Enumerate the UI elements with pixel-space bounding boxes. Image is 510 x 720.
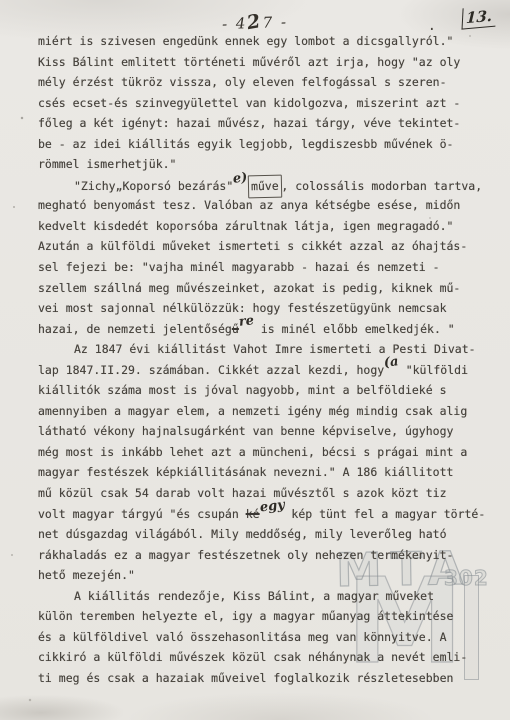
handwritten-correction: egy — [258, 495, 285, 518]
text-segment: főleg a két igényt: hazai művész, hazai … — [38, 116, 460, 130]
text-line: mély érzést tükröz vissza, oly eleven fe… — [38, 72, 482, 93]
text-segment: hazai, de nemzeti jelentőség — [38, 322, 232, 336]
text-segment: "Zichy„Koporsó bezárás" — [74, 179, 233, 193]
text-line: be - az idei kiállitás egyik legjobb, le… — [38, 134, 482, 155]
text-line: még most is inkább lehet azt a müncheni,… — [38, 442, 482, 463]
text-line: sel fejezi be: "vajha minél magyarabb - … — [38, 257, 482, 278]
text-segment: Az 1847 évi kiállitást Vahot Imre ismert… — [74, 342, 476, 356]
text-segment: volt magyar tárgyú "és csupán — [38, 507, 246, 521]
document-page: - 427 - . 13. MTA 302 M miért is szivese… — [0, 0, 510, 720]
text-segment: be - az idei kiállitás egyik legjobb, le… — [38, 137, 453, 151]
text-segment: látható vékony hajnalsugárként van benne… — [38, 424, 453, 438]
text-segment: net dúsgazdag világából. Mily meddőség, … — [38, 527, 447, 541]
text-line: szellem szállná meg művészeinket, azokat… — [38, 278, 482, 299]
text-line: kedvelt kisdedét koporsóba zárultnak lát… — [38, 216, 482, 237]
text-segment: hető mezején." — [38, 568, 135, 582]
text-body: miért is szivesen engedünk ennek egy lom… — [38, 31, 482, 689]
handwritten-correction: e) — [232, 168, 249, 190]
text-line: csés ecset-és szinvegyülettel van kidolg… — [38, 93, 482, 114]
text-line: és a külföldivel való összehasonlitása m… — [38, 627, 482, 648]
text-segment: szellem szállná meg művészeinket, azokat… — [38, 281, 460, 295]
text-line: magyar festészek képkiállitásának nevezn… — [38, 462, 482, 483]
text-line: miért is szivesen engedünk ennek egy lom… — [38, 31, 482, 52]
text-line: külön teremben helyezte el, igy a magyar… — [38, 606, 482, 627]
text-segment: "külföldi — [399, 363, 468, 377]
text-line: cikkiró a külföldi művészek közül csak n… — [38, 647, 482, 668]
text-segment: lap 1847.II.29. számában. Cikkét azzal k… — [38, 363, 384, 377]
text-segment: mű közül csak 54 darab volt hazai művész… — [38, 486, 447, 500]
struck-out-text: ű — [232, 322, 239, 336]
text-line: römmel ismerhetjük." — [38, 154, 482, 175]
text-segment: kedvelt kisdedét koporsóba zárultnak lát… — [38, 219, 453, 233]
text-line: "Zichy„Koporsó bezárás"e)műve, colossáli… — [38, 175, 482, 196]
text-segment: A kiállitás rendezője, Kiss Bálint, a ma… — [74, 589, 434, 603]
text-segment: Kiss Bálint emlitett történeti művéről a… — [38, 55, 460, 69]
text-line: Azután a külföldi műveket ismerteti s ci… — [38, 236, 482, 257]
text-segment: rákhaladás ez a magyar festészetnek oly … — [38, 548, 453, 562]
text-segment: kép tünt fel a magyar törté- — [285, 507, 486, 521]
text-segment: is minél előbb emelkedjék. " — [254, 322, 455, 336]
text-segment: cikkiró a külföldi művészek közül csak n… — [38, 650, 467, 664]
text-segment: kiállitók száma most is jóval nagyobb, m… — [38, 383, 447, 397]
text-segment: amennyiben a magyar elem, a nemzeti igén… — [38, 404, 467, 418]
text-line: hazai, de nemzeti jelentőségűre is minél… — [38, 319, 482, 340]
boxed-text: műve — [247, 174, 281, 197]
text-line: főleg a két igényt: hazai művész, hazai … — [38, 113, 482, 134]
struck-out-text: ké — [246, 507, 260, 521]
text-line: net dúsgazdag világából. Mily meddőség, … — [38, 524, 482, 545]
text-segment: mély érzést tükröz vissza, oly eleven fe… — [38, 75, 447, 89]
text-segment: miért is szivesen engedünk ennek egy lom… — [38, 34, 453, 48]
text-line: rákhaladás ez a magyar festészetnek oly … — [38, 545, 482, 566]
text-line: amennyiben a magyar elem, a nemzeti igén… — [38, 401, 482, 422]
text-line: ti meg és csak a hazaiak műveivel foglal… — [38, 668, 482, 689]
text-line: volt magyar tárgyú "és csupán kéegy kép … — [38, 504, 482, 525]
text-segment: ti meg és csak a hazaiak műveivel foglal… — [38, 671, 453, 685]
handwritten-correction: (a — [383, 352, 400, 374]
text-segment: sel fejezi be: "vajha minél magyarabb - … — [38, 260, 440, 274]
text-line: lap 1847.II.29. számában. Cikkét azzal k… — [38, 360, 482, 381]
text-segment: römmel ismerhetjük." — [38, 157, 176, 171]
text-line: Az 1847 évi kiállitást Vahot Imre ismert… — [38, 339, 482, 360]
text-line: vei most sajonnal nélkülözzük: hogy fest… — [38, 298, 482, 319]
text-segment: csés ecset-és szinvegyülettel van kidolg… — [38, 96, 460, 110]
text-line: A kiállitás rendezője, Kiss Bálint, a ma… — [38, 586, 482, 607]
text-segment: , colossális modorban tartva, — [281, 179, 482, 193]
text-segment: Azután a külföldi műveket ismerteti s ci… — [38, 239, 467, 253]
text-segment: még most is inkább lehet azt a müncheni,… — [38, 445, 467, 459]
corner-page-label: 13. — [461, 5, 496, 29]
text-segment: magyar festészek képkiállitásának nevezn… — [38, 465, 453, 479]
text-segment: és a külföldivel való összehasonlitása m… — [38, 630, 447, 644]
text-line: kiállitók száma most is jóval nagyobb, m… — [38, 380, 482, 401]
text-line: Kiss Bálint emlitett történeti művéről a… — [38, 52, 482, 73]
page-number-suffix: 7 - — [262, 13, 288, 32]
text-segment: külön teremben helyezte el, igy a magyar… — [38, 609, 453, 623]
text-segment: megható benyomást tesz. Valóban az anya … — [38, 198, 460, 212]
text-line: hető mezején." — [38, 565, 482, 586]
handwritten-correction: re — [238, 311, 256, 333]
text-line: látható vékony hajnalsugárként van benne… — [38, 421, 482, 442]
text-line: megható benyomást tesz. Valóban az anya … — [38, 195, 482, 216]
